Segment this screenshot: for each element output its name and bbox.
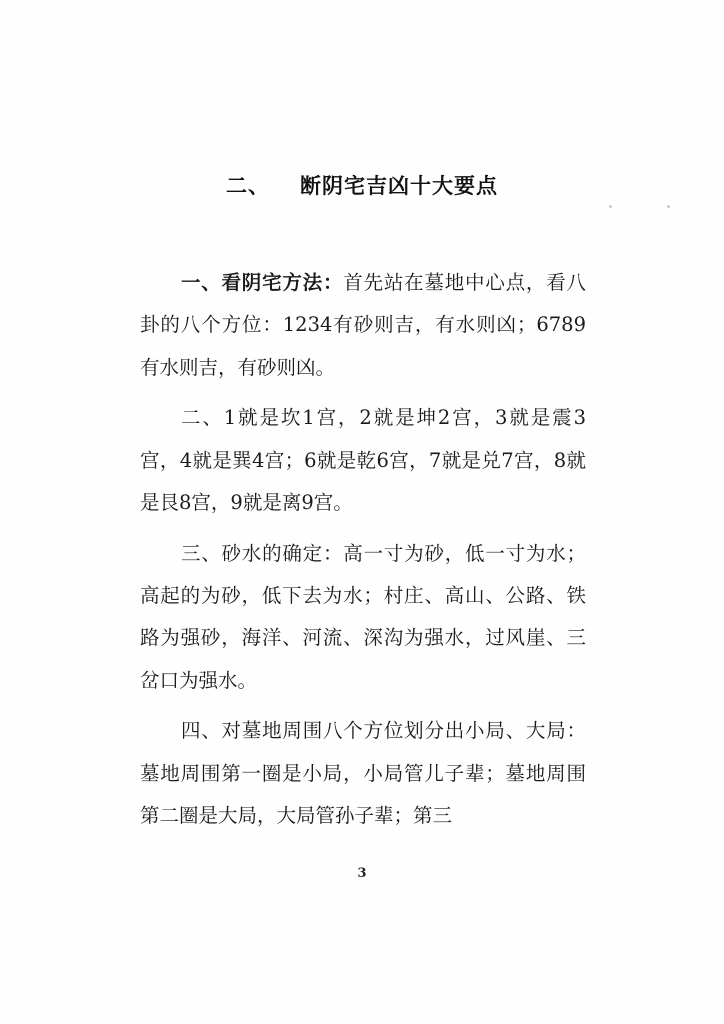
paragraph-lead: 一、看阴宅方法： (181, 271, 343, 294)
scan-speck (667, 205, 670, 208)
paragraph-sand-water: 三、砂水的确定：高一寸为砂，低一寸为水；高起的为砂，低下去为水；村庄、高山、公路… (140, 533, 586, 702)
paragraph-method: 一、看阴宅方法：首先站在墓地中心点，看八卦的八个方位：1234有砂则吉，有水则凶… (140, 262, 586, 389)
page-number: 3 (0, 866, 724, 881)
section-title: 二、断阴宅吉凶十大要点 (0, 170, 724, 200)
scan-speck (609, 205, 612, 208)
section-title-text: 断阴宅吉凶十大要点 (300, 174, 498, 198)
paragraph-lead: 四、对墓地周围八个方位划分出小局、大局： (181, 719, 586, 742)
paragraph-lead: 二、 (181, 406, 224, 429)
document-body: 一、看阴宅方法：首先站在墓地中心点，看八卦的八个方位：1234有砂则吉，有水则凶… (140, 262, 586, 846)
section-number: 二、 (226, 174, 270, 198)
paragraph-lead: 三、砂水的确定： (181, 542, 343, 565)
paragraph-small-large-layout: 四、对墓地周围八个方位划分出小局、大局：墓地周围第一圈是小局，小局管儿子辈；墓地… (140, 710, 586, 837)
paragraph-palaces: 二、1就是坎1宫，2就是坤2宫，3就是震3宫，4就是巽4宫；6就是乾6宫，7就是… (140, 397, 586, 524)
paragraph-text: 墓地周围第一圈是小局，小局管儿子辈；墓地周围第二圈是大局，大局管孙子辈；第三 (140, 762, 586, 827)
document-page: 二、断阴宅吉凶十大要点 一、看阴宅方法：首先站在墓地中心点，看八卦的八个方位：1… (0, 0, 724, 1024)
